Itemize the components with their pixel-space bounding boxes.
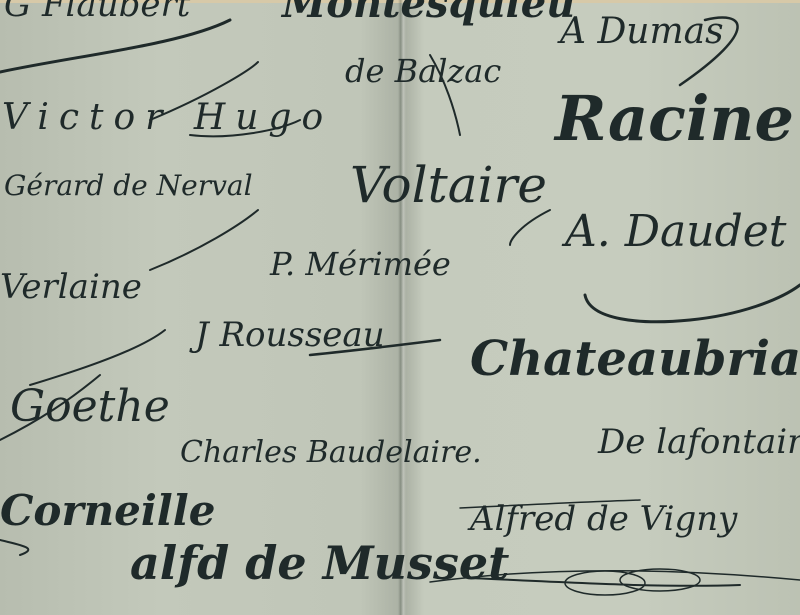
signature-rousseau: J Rousseau <box>195 318 385 352</box>
signature-vigny: Alfred de Vigny <box>470 502 737 536</box>
signature-victor-hugo: Victor Hugo <box>2 100 333 136</box>
signature-goethe: Goethe <box>10 385 170 429</box>
signature-musset: alfd de Musset <box>130 540 509 586</box>
signature-lafontaine: De lafontaine <box>598 425 800 459</box>
signature-racine: Racine <box>555 88 794 150</box>
signature-daudet: A. Daudet <box>565 210 786 254</box>
book-fold <box>398 0 406 615</box>
signature-nerval: Gérard de Nerval <box>4 172 253 200</box>
signature-flaubert: G Flaubert <box>4 0 190 22</box>
signature-corneille: Corneille <box>0 490 215 532</box>
signature-voltaire: Voltaire <box>350 160 547 210</box>
signature-merimee: P. Mérimée <box>270 248 451 280</box>
signature-collage: G Flaubert Montesquieu A Dumas de Balzac… <box>0 0 800 615</box>
signature-verlaine: Verlaine <box>0 270 142 304</box>
signature-balzac: de Balzac <box>345 55 501 87</box>
signature-chateaubriand: Chateaubriand <box>470 335 800 383</box>
signature-montesquieu: Montesquieu <box>282 0 575 24</box>
signature-dumas: A Dumas <box>560 14 724 50</box>
signature-baudelaire: Charles Baudelaire. <box>180 438 482 468</box>
